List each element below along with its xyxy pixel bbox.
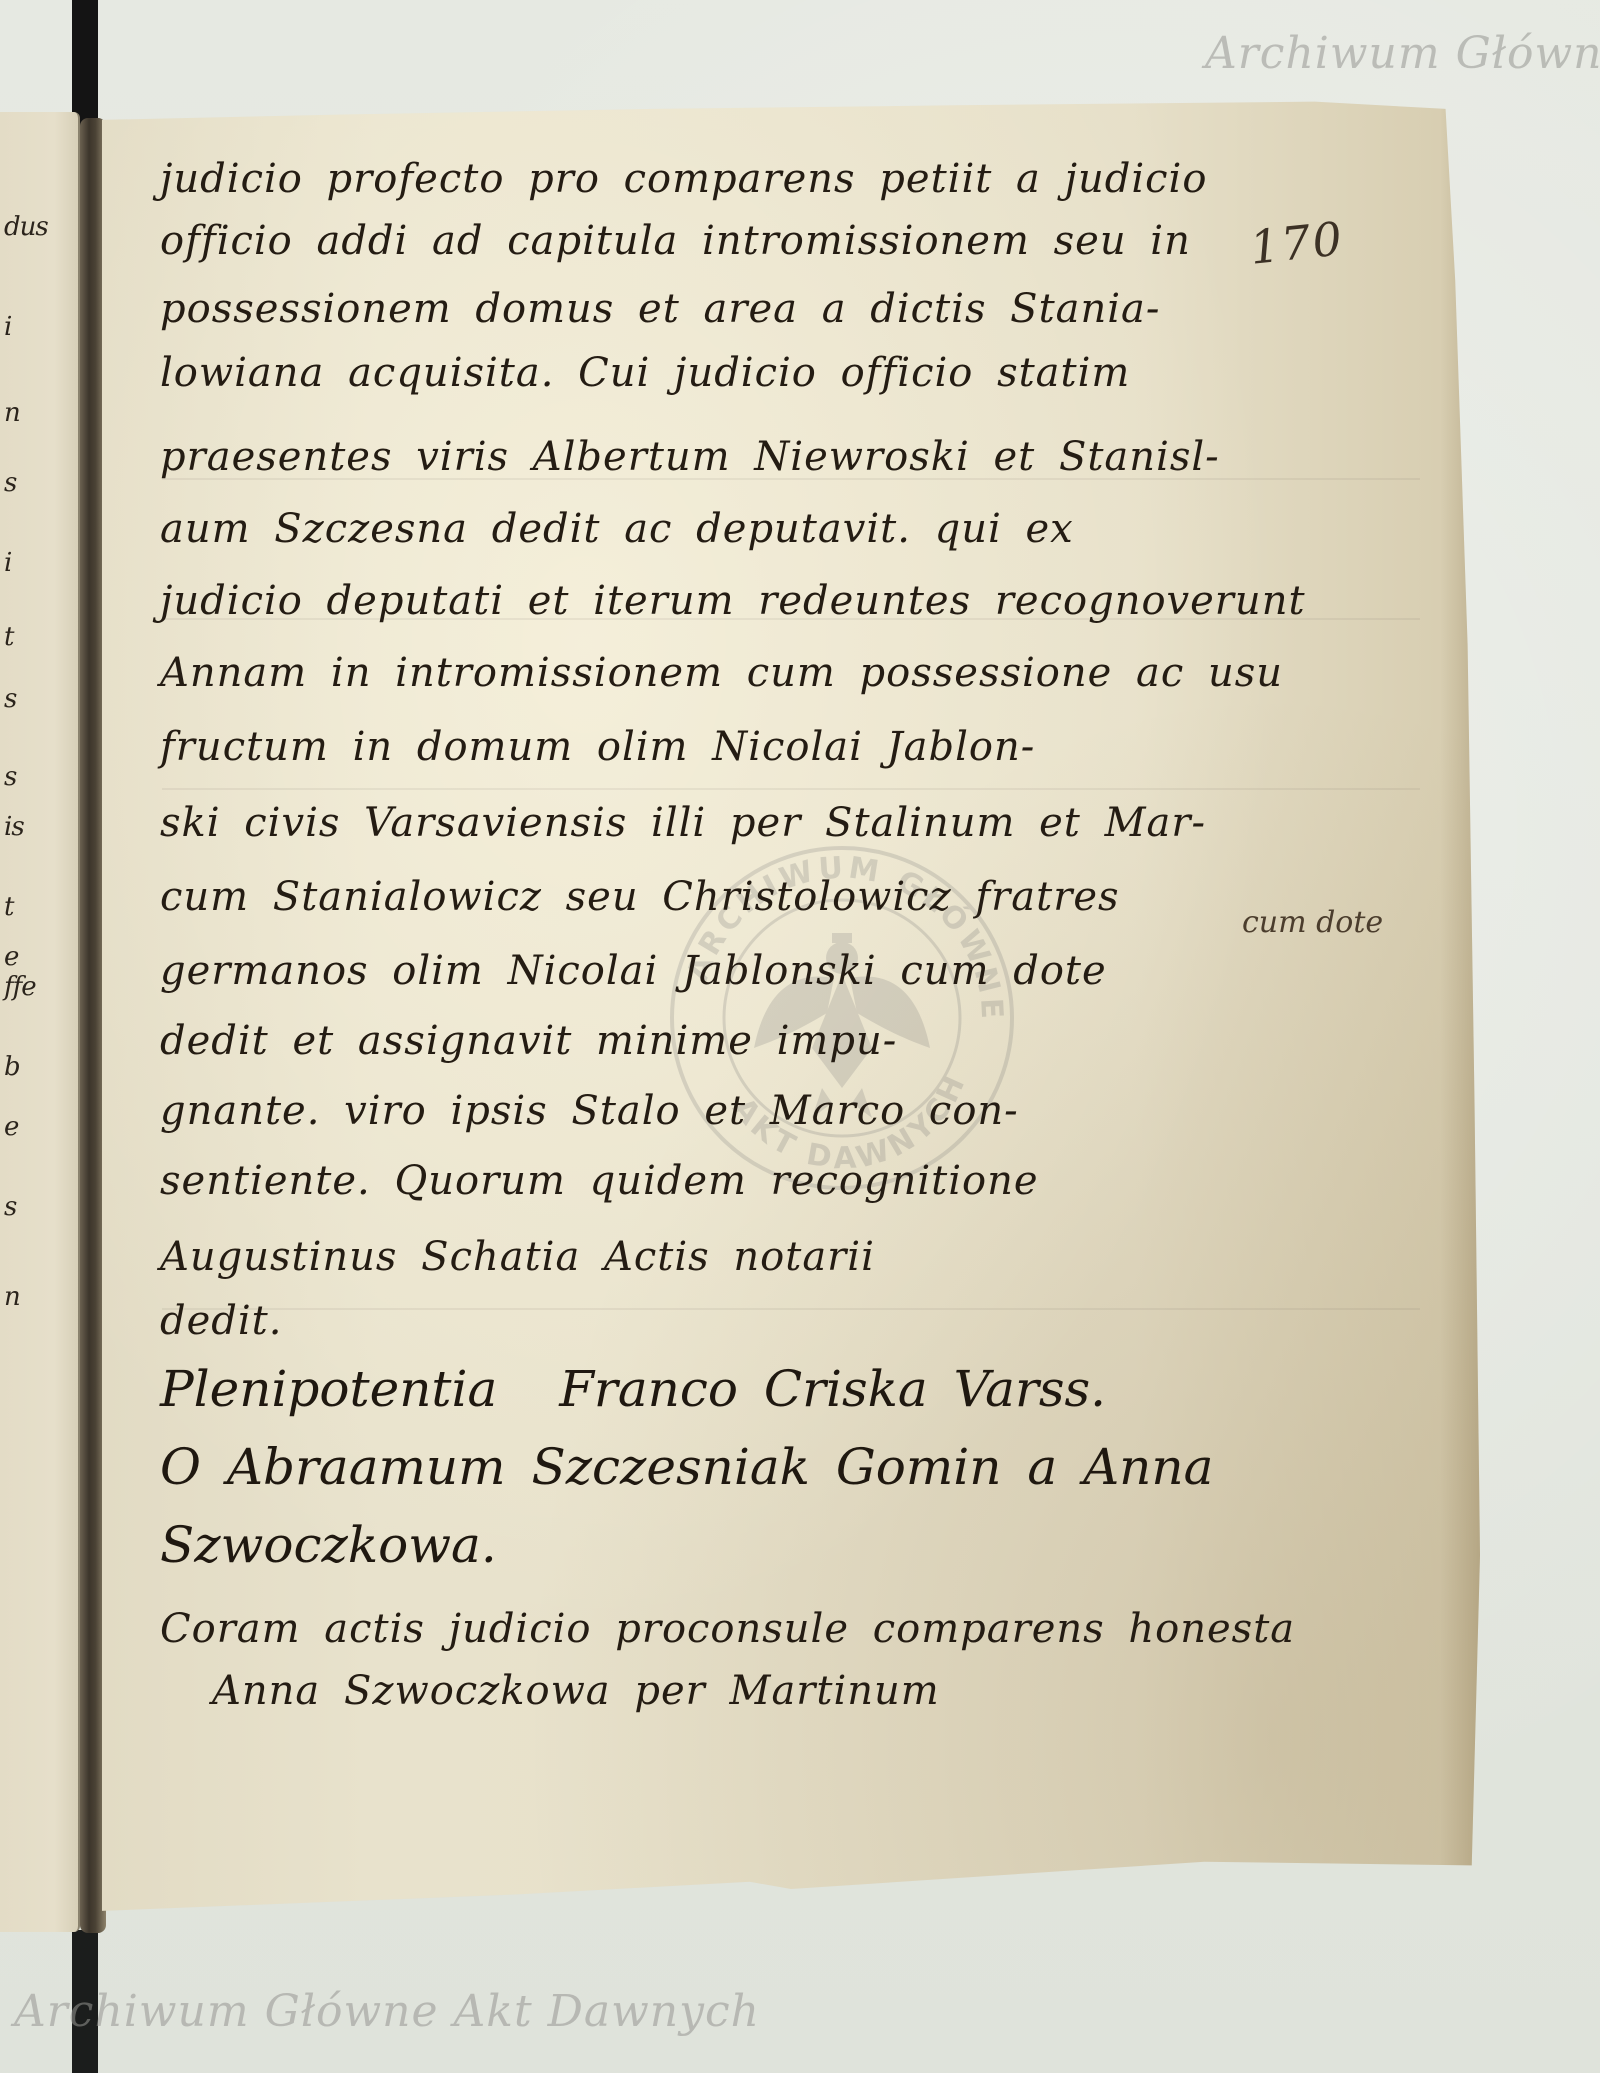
facing-page-fragment: dus	[4, 212, 48, 242]
binding-strip-top	[72, 0, 98, 128]
manuscript-line: aum Szczesna dedit ac deputavit. qui ex	[160, 506, 1074, 552]
show-through-line	[162, 788, 1420, 790]
manuscript-line: officio addi ad capitula intromissionem …	[160, 218, 1191, 264]
manuscript-line: Anna Szwoczkowa per Martinum	[212, 1668, 940, 1714]
entry-heading-text: Franco Criska Varss.	[559, 1360, 1106, 1418]
manuscript-line: Coram actis judicio proconsule comparens…	[160, 1606, 1295, 1652]
manuscript-line: sentiente. Quorum quidem recognitione	[160, 1158, 1039, 1204]
manuscript-line: ski civis Varsaviensis illi per Stalinum…	[160, 800, 1206, 846]
manuscript-line: Annam in intromissionem cum possessione …	[160, 650, 1283, 696]
facing-page-fragment: s	[4, 762, 16, 792]
entry-heading: Plenipotentia Franco Criska Varss.	[160, 1360, 1106, 1418]
archive-watermark-top: Archiwum Główne Akt Dawnych	[1205, 28, 1600, 79]
manuscript-line: fructum in domum olim Nicolai Jablon-	[160, 724, 1035, 770]
entry-heading-title: Plenipotentia	[160, 1360, 497, 1418]
facing-page-fragment: s	[4, 468, 16, 498]
manuscript-page: ARCHIWUM GŁÓWNE AKT DAWNYCH 170 judicio …	[102, 98, 1480, 1920]
manuscript-line: gnante. viro ipsis Stalo et Marco con-	[160, 1088, 1019, 1134]
show-through-line	[162, 1308, 1420, 1310]
facing-page-fragment: n	[4, 1282, 20, 1312]
manuscript-line: possessionem domus et area a dictis Stan…	[160, 286, 1160, 332]
manuscript-line: cum Stanialowicz seu Christolowicz fratr…	[160, 874, 1120, 920]
facing-page-fragment: b	[4, 1052, 20, 1082]
facing-page-fragment: ffe	[4, 972, 36, 1002]
facing-page-fragment: e	[4, 942, 18, 972]
facing-page-fragment: is	[4, 812, 24, 842]
manuscript-line: dedit et assignavit minime impu-	[160, 1018, 897, 1064]
manuscript-line: Augustinus Schatia Actis notarii	[160, 1234, 875, 1280]
manuscript-line: praesentes viris Albertum Niewroski et S…	[160, 434, 1220, 480]
facing-page: dus i n s i t s s is t e ffe b e s n	[0, 112, 80, 1932]
facing-page-fragment: i	[4, 548, 11, 578]
margin-annotation: cum dote	[1242, 905, 1383, 940]
facing-page-fragment: e	[4, 1112, 18, 1142]
archive-watermark-bottom: Archiwum Główne Akt Dawnych	[14, 1986, 760, 2037]
facing-page-fragment: t	[4, 892, 13, 922]
manuscript-line: judicio deputati et iterum redeuntes rec…	[160, 578, 1306, 624]
facing-page-fragment: n	[4, 398, 20, 428]
manuscript-line: germanos olim Nicolai Jablonski cum dote	[160, 948, 1107, 994]
facing-page-fragment: i	[4, 312, 11, 342]
entry-heading-line: Szwoczkowa.	[160, 1516, 497, 1574]
facing-page-fragment: s	[4, 684, 16, 714]
manuscript-line: dedit.	[160, 1298, 282, 1344]
facing-page-fragment: t	[4, 622, 13, 652]
entry-heading-line: O Abraamum Szczesniak Gomin a Anna	[160, 1438, 1213, 1496]
manuscript-line: judicio profecto pro comparens petiit a …	[160, 156, 1207, 202]
manuscript-line: lowiana acquisita. Cui judicio officio s…	[160, 350, 1130, 396]
facing-page-fragment: s	[4, 1192, 16, 1222]
folio-number: 170	[1247, 211, 1346, 275]
